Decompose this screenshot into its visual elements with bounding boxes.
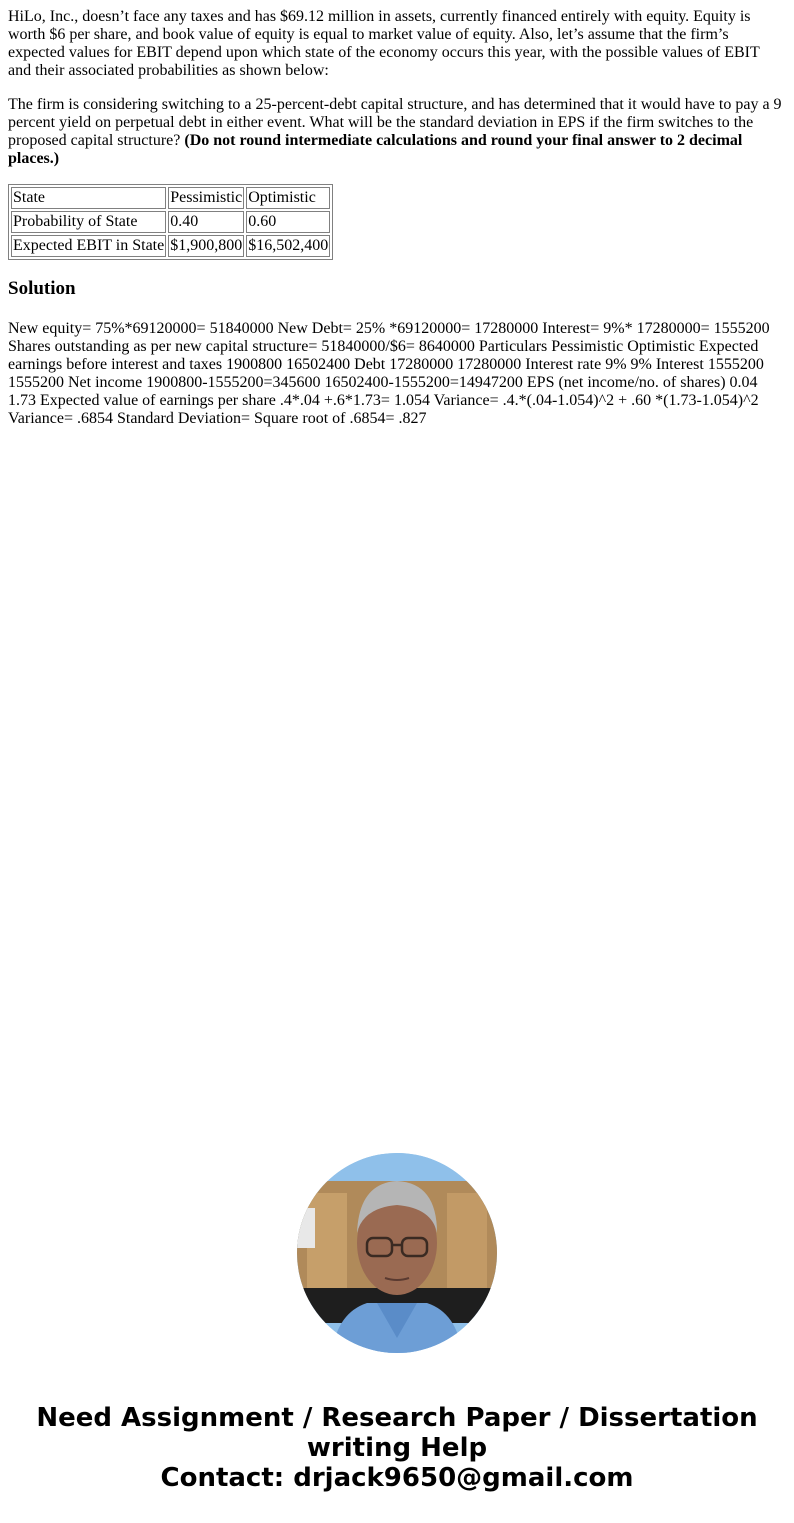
table-cell: 0.40 bbox=[168, 211, 244, 233]
question-paragraph-1: HiLo, Inc., doesn’t face any taxes and h… bbox=[8, 8, 786, 80]
table-cell: 0.60 bbox=[246, 211, 330, 233]
avatar bbox=[297, 1153, 497, 1353]
table-cell: $16,502,400 bbox=[246, 235, 330, 257]
question-paragraph-2: The firm is considering switching to a 2… bbox=[8, 96, 786, 168]
solution-heading: Solution bbox=[8, 278, 786, 300]
table-cell: Probability of State bbox=[11, 211, 166, 233]
promo-contact: Contact: drjack9650@gmail.com bbox=[0, 1463, 794, 1493]
table-row: State Pessimistic Optimistic bbox=[11, 187, 330, 209]
promo-line-2: writing Help bbox=[0, 1433, 794, 1463]
table-cell: $1,900,800 bbox=[168, 235, 244, 257]
table-cell: Pessimistic bbox=[168, 187, 244, 209]
solution-text: New equity= 75%*69120000= 51840000 New D… bbox=[8, 320, 786, 428]
table-row: Expected EBIT in State $1,900,800 $16,50… bbox=[11, 235, 330, 257]
promo-banner: Need Assignment / Research Paper / Disse… bbox=[0, 1403, 794, 1493]
tutor-photo-icon bbox=[297, 1153, 497, 1353]
table-row: Probability of State 0.40 0.60 bbox=[11, 211, 330, 233]
table-cell: Expected EBIT in State bbox=[11, 235, 166, 257]
document-content: HiLo, Inc., doesn’t face any taxes and h… bbox=[8, 8, 786, 428]
table-cell: Optimistic bbox=[246, 187, 330, 209]
ebit-table: State Pessimistic Optimistic Probability… bbox=[8, 184, 333, 260]
promo-line-1: Need Assignment / Research Paper / Disse… bbox=[0, 1403, 794, 1433]
table-cell: State bbox=[11, 187, 166, 209]
